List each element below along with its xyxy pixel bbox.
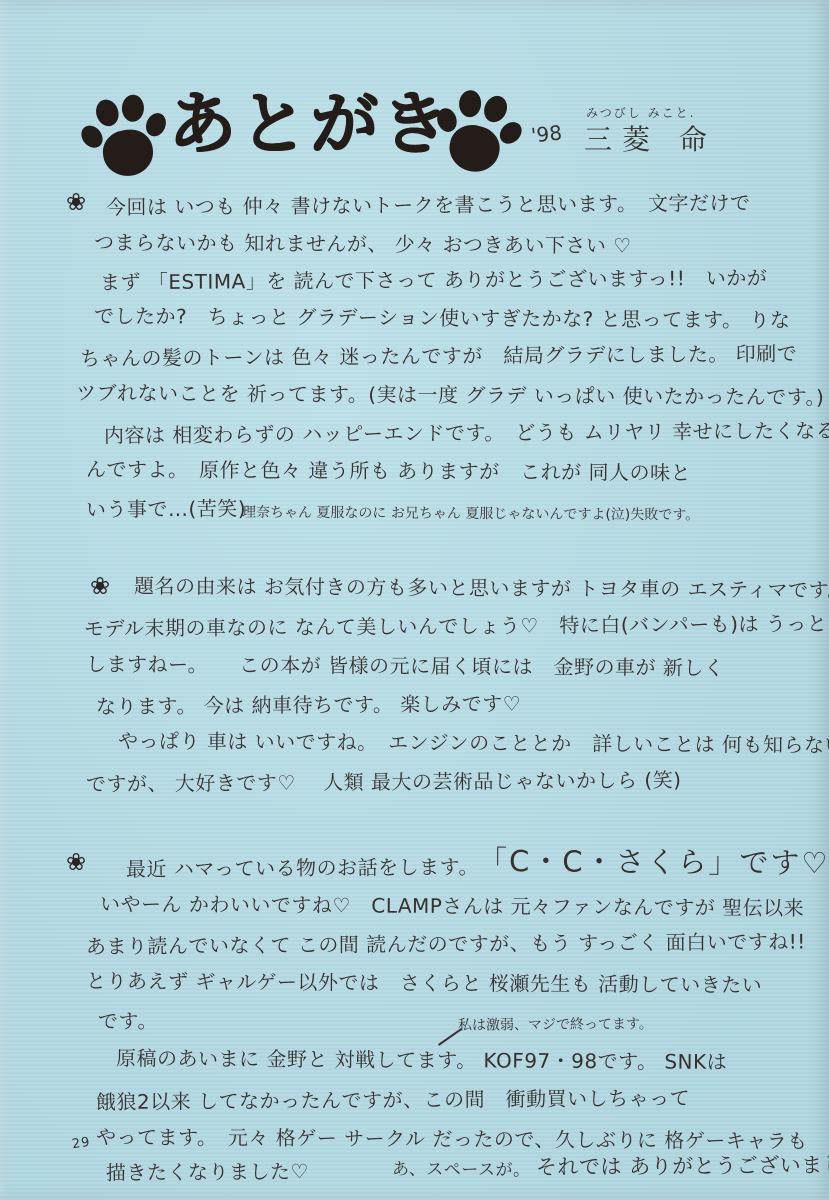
handwritten-line: なります。 今は 納車待ちです。 楽しみです♡ xyxy=(96,692,521,720)
note-pointer-line xyxy=(438,1028,462,1046)
handwritten-line: ですが、 大好きです♡ 人類 最大の芸術品じゃないかしら (笑) xyxy=(86,768,682,797)
scanned-afterword-page: あとがき '98 みつびし みこと. 三菱 命 ❀ 今回は いつも 仲々 書けな… xyxy=(0,0,829,1200)
handwritten-line: ツブれないことを 祈ってます。(実は一度 グラデ いっぱい 使いたかったんです。… xyxy=(76,381,824,411)
paw-print-icon xyxy=(79,91,174,186)
page-number: 29 xyxy=(71,1135,91,1152)
handwritten-line: まず 「ESTIMA」を 読んで下さって ありがとうございますっ!! いかが xyxy=(100,266,767,296)
handwritten-line: つまらないかも 知れませんが、 少々 おつきあい下さい ♡ xyxy=(94,230,632,258)
handwritten-line: 内容は 相変わらずの ハッピーエンドです。 どうも ムリヤリ 幸せにしたくなる xyxy=(104,418,829,448)
handwritten-line: んですよ。 原作と色々 違う所も ありますが これが 同人の味と xyxy=(86,457,691,486)
handwritten-line: です。 xyxy=(98,1009,158,1034)
flower-bullet-icon: ❀ xyxy=(66,188,86,216)
handwritten-line: やっぱり 車は いいですね。 エンジンのこととか 詳しいことは 何も知らない xyxy=(118,729,829,758)
handwritten-line: いやーん かわいいですね♡ CLAMPさんは 元々ファンなんですが 聖伝以来 xyxy=(100,892,804,921)
handwritten-line: 題名の由来は お気付きの方も多いと思いますが トヨタ車の エスティマです。 xyxy=(134,574,829,603)
handwritten-line: 描きたくなりました♡ xyxy=(106,1159,309,1185)
flower-bullet-icon: ❀ xyxy=(66,848,86,876)
signature-year: '98 xyxy=(530,120,563,147)
handwritten-line-large: 「C・C・さくら」です♡ xyxy=(478,843,829,881)
paw-print-icon xyxy=(427,83,529,185)
margin-note: 私は激弱、マジで終ってます。 xyxy=(458,1016,653,1035)
flower-bullet-icon: ❀ xyxy=(90,572,110,600)
margin-note: 理奈ちゃん 夏服なのに お兄ちゃん 夏服じゃないんですよ(泣)失敗です。 xyxy=(242,505,699,525)
handwritten-line: いう事で…(苦笑) xyxy=(86,496,246,522)
handwritten-line: とりあえず ギャルゲー以外では さくらと 桜瀬先生も 活動していきたい xyxy=(86,969,762,998)
handwritten-line: 最近 ハマっている物のお話をします。 xyxy=(126,855,479,882)
handwritten-line: それでは ありがとうございました♡ xyxy=(536,1152,829,1181)
handwritten-line: あ、スペースが。 xyxy=(392,1160,531,1182)
handwritten-line: ちゃんの髪のトーンは 色々 迷ったんですが 結局グラデにしました。 印刷で xyxy=(80,341,797,371)
handwritten-line: 今回は いつも 仲々 書けないトークを書こうと思います。 文字だけで xyxy=(106,191,751,220)
handwritten-line: しますねー。 この本が 皆様の元に届く頃には 金野の車が 新しく xyxy=(86,652,725,681)
handwritten-line: 原稿のあいまに 金野と 対戦してます。 KOF97・98です。 SNKは xyxy=(116,1046,727,1075)
handwritten-line: でしたか? ちょっと グラデーション使いすぎたかな? と思ってます。 りな xyxy=(94,304,791,333)
handwritten-line: モデル末期の車なのに なんて美しいんでしょう♡ 特に白(バンパーも)は うっとり xyxy=(84,611,829,641)
signature-name: 三菱 命 xyxy=(584,118,717,158)
handwritten-line: あまり読んでいなくて この間 読んだのですが、もう すっごく 面白いですね!! xyxy=(86,929,806,959)
page-title: あとがき xyxy=(168,70,452,167)
handwritten-line: やってます。 元々 格ゲー サークル だったので、久しぶりに 格ゲーキャラも xyxy=(96,1125,808,1154)
handwritten-line: 餓狼2以来 してなかったんですが、この間 衝動買いしちゃって xyxy=(96,1086,690,1115)
